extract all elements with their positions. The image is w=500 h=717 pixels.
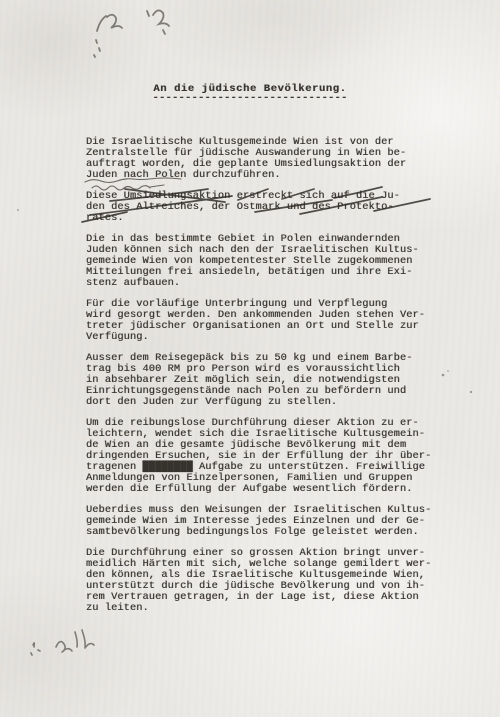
paragraph-struck-through: Diese Umsiedlungsaktion erstreckt sich a… (86, 191, 458, 224)
paragraph: Für die vorläufige Unterbringung und Ver… (86, 299, 458, 343)
document-body: Die Israelitische Kultusgemeinde Wien is… (86, 137, 458, 624)
text-line: stenz aufbauen. (86, 278, 458, 289)
scanned-document-page: An die jüdische Bevölkerung. -----------… (0, 0, 500, 717)
paragraph: Die in das bestimmte Gebiet in Polen ein… (86, 234, 458, 289)
paragraph: Um die reibungslose Durchführung dieser … (86, 418, 458, 495)
text-line: werden die Erfüllung der Aufgabe wesentl… (86, 484, 458, 495)
document-header: An die jüdische Bevölkerung. -----------… (0, 84, 500, 102)
text-line: dort den Juden zur Verfügung zu stellen. (86, 397, 458, 408)
title-underline: ------------------------------ (0, 95, 500, 102)
paragraph: Die Israelitische Kultusgemeinde Wien is… (86, 137, 458, 181)
text-line: samtbevölkerung bedingungslos Folge gele… (86, 527, 458, 538)
paragraph: Die Durchführung einer so grossen Aktion… (86, 548, 458, 614)
pencil-scribble-top-icon (94, 10, 169, 57)
paragraph: Ausser dem Reisegepäck bis zu 50 kg und … (86, 353, 458, 408)
text-line: rates. (86, 213, 458, 224)
text-line: den des Altreiches, der Ostmark und des … (86, 202, 458, 213)
text-line: Verfügung. (86, 332, 458, 343)
pencil-scribble-bottom-icon (31, 630, 94, 655)
paragraph: Ueberdies muss den Weisungen der Israeli… (86, 505, 458, 538)
text-line: Juden nach Polen durchzuführen. (86, 170, 458, 181)
text-line: zu leiten. (86, 603, 458, 614)
